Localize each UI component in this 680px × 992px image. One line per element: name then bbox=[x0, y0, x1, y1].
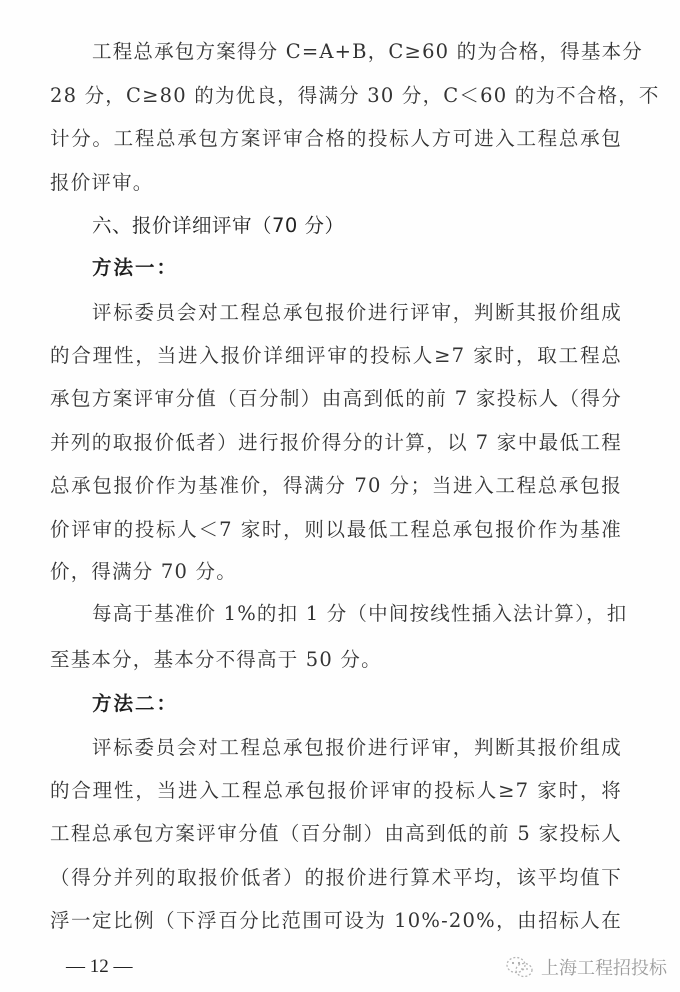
section-heading: 六、报价详细评审（70 分） bbox=[92, 211, 622, 241]
method-two-title: 方法二： bbox=[92, 689, 622, 719]
watermark-text: 上海工程招投标 bbox=[541, 954, 667, 980]
text-line: 并列的取报价低者）进行报价得分的计算，以 7 家中最低工程 bbox=[50, 428, 622, 458]
method-one-title: 方法一： bbox=[92, 253, 622, 283]
text-line: 计分。工程总承包方案评审合格的投标人方可进入工程总承包 bbox=[50, 124, 622, 154]
text-line: 价评审的投标人＜7 家时，则以最低工程总承包报价作为基准 bbox=[50, 515, 622, 545]
text-line: 价，得满分 70 分。 bbox=[50, 557, 622, 587]
text-line: 承包方案评审分值（百分制）由高到低的前 7 家投标人（得分 bbox=[50, 384, 622, 414]
text-line: 工程总承包方案得分 C=A+B，C≥60 的为合格，得基本分 bbox=[92, 37, 622, 67]
text-line: 评标委员会对工程总承包报价进行评审，判断其报价组成 bbox=[92, 733, 622, 763]
text-line: 至基本分，基本分不得高于 50 分。 bbox=[50, 645, 622, 675]
page-number: — 12 — bbox=[66, 952, 133, 982]
text-line: 的合理性，当进入报价详细评审的投标人≥7 家时，取工程总 bbox=[50, 341, 622, 371]
watermark: 上海工程招投标 bbox=[505, 952, 667, 982]
wechat-icon bbox=[505, 955, 535, 979]
text-line: 报价评审。 bbox=[50, 168, 622, 198]
text-line: 28 分，C≥80 的为优良，得满分 30 分，C＜60 的为不合格，不 bbox=[50, 81, 622, 111]
text-line: 浮一定比例（下浮百分比范围可设为 10%-20%，由招标人在 bbox=[50, 906, 622, 936]
text-line: 总承包报价作为基准价，得满分 70 分；当进入工程总承包报 bbox=[50, 471, 622, 501]
text-line: 工程总承包方案评审分值（百分制）由高到低的前 5 家投标人 bbox=[50, 819, 622, 849]
text-line: 每高于基准价 1%的扣 1 分（中间按线性插入法计算），扣 bbox=[92, 599, 622, 629]
text-line: 的合理性，当进入工程总承包报价评审的投标人≥7 家时，将 bbox=[50, 776, 622, 806]
text-line: 评标委员会对工程总承包报价进行评审，判断其报价组成 bbox=[92, 298, 622, 328]
text-line: （得分并列的取报价低者）的报价进行算术平均，该平均值下 bbox=[50, 863, 622, 893]
document-page: 工程总承包方案得分 C=A+B，C≥60 的为合格，得基本分 28 分，C≥80… bbox=[0, 0, 680, 992]
